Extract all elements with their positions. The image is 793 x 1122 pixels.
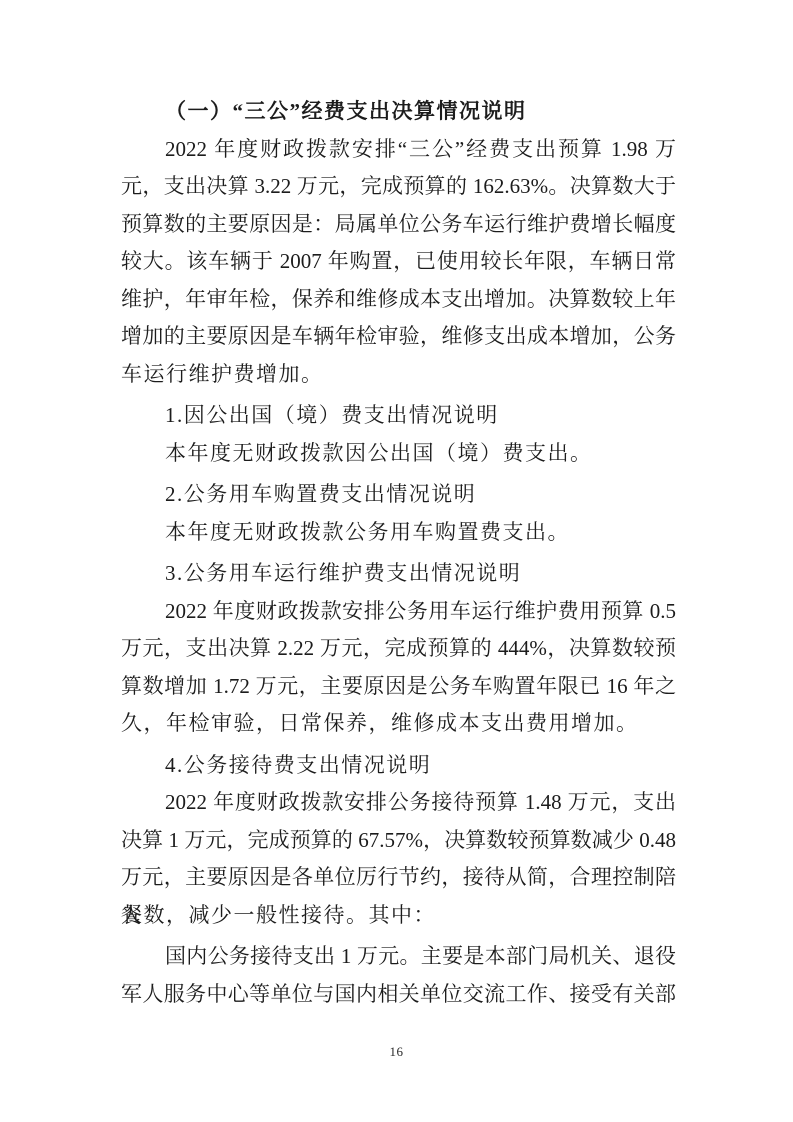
body-line: 车运行维护费增加。 (121, 356, 676, 394)
subsection-heading-1: 1.因公出国（境）费支出情况说明 (121, 397, 676, 435)
body-line: 国内公务接待支出 1 万元。主要是本部门局机关、退役 (121, 938, 676, 976)
body-line: 本年度无财政拨款因公出国（境）费支出。 (121, 435, 676, 473)
body-line: 2022 年度财政拨款安排公务用车运行维护费用预算 0.5 (121, 593, 676, 631)
body-line: 万元，主要原因是各单位厉行节约，接待从简，合理控制陪餐 (121, 859, 676, 897)
body-line: 维护，年审年检，保养和维修成本支出增加。决算数较上年 (121, 281, 676, 319)
page-number: 16 (0, 1044, 793, 1060)
body-line: 2022 年度财政拨款安排“三公”经费支出预算 1.98 万 (121, 131, 676, 169)
body-line: 人数，减少一般性接待。其中： (121, 897, 676, 935)
subsection-heading-3: 3.公务用车运行维护费支出情况说明 (121, 555, 676, 593)
body-line: 预算数的主要原因是：局属单位公务车运行维护费增长幅度 (121, 206, 676, 244)
body-line: 久，年检审验，日常保养，维修成本支出费用增加。 (121, 705, 676, 743)
body-line: 元，支出决算 3.22 万元，完成预算的 162.63%。决算数大于 (121, 168, 676, 206)
body-line: 2022 年度财政拨款安排公务接待预算 1.48 万元，支出 (121, 784, 676, 822)
body-line: 本年度无财政拨款公务用车购置费支出。 (121, 514, 676, 552)
document-page: （一）“三公”经费支出决算情况说明 2022 年度财政拨款安排“三公”经费支出预… (0, 0, 793, 1122)
page-body: （一）“三公”经费支出决算情况说明 2022 年度财政拨款安排“三公”经费支出预… (121, 93, 676, 1013)
body-line: 算数增加 1.72 万元，主要原因是公务车购置年限已 16 年之 (121, 668, 676, 706)
section-heading: （一）“三公”经费支出决算情况说明 (121, 93, 676, 131)
body-line: 万元，支出决算 2.22 万元，完成预算的 444%，决算数较预 (121, 630, 676, 668)
body-line: 决算 1 万元，完成预算的 67.57%，决算数较预算数减少 0.48 (121, 822, 676, 860)
body-line: 军人服务中心等单位与国内相关单位交流工作、接受有关部 (121, 976, 676, 1014)
body-line: 增加的主要原因是车辆年检审验，维修支出成本增加，公务 (121, 318, 676, 356)
body-line: 较大。该车辆于 2007 年购置，已使用较长年限，车辆日常 (121, 243, 676, 281)
subsection-heading-2: 2.公务用车购置费支出情况说明 (121, 476, 676, 514)
subsection-heading-4: 4.公务接待费支出情况说明 (121, 747, 676, 785)
